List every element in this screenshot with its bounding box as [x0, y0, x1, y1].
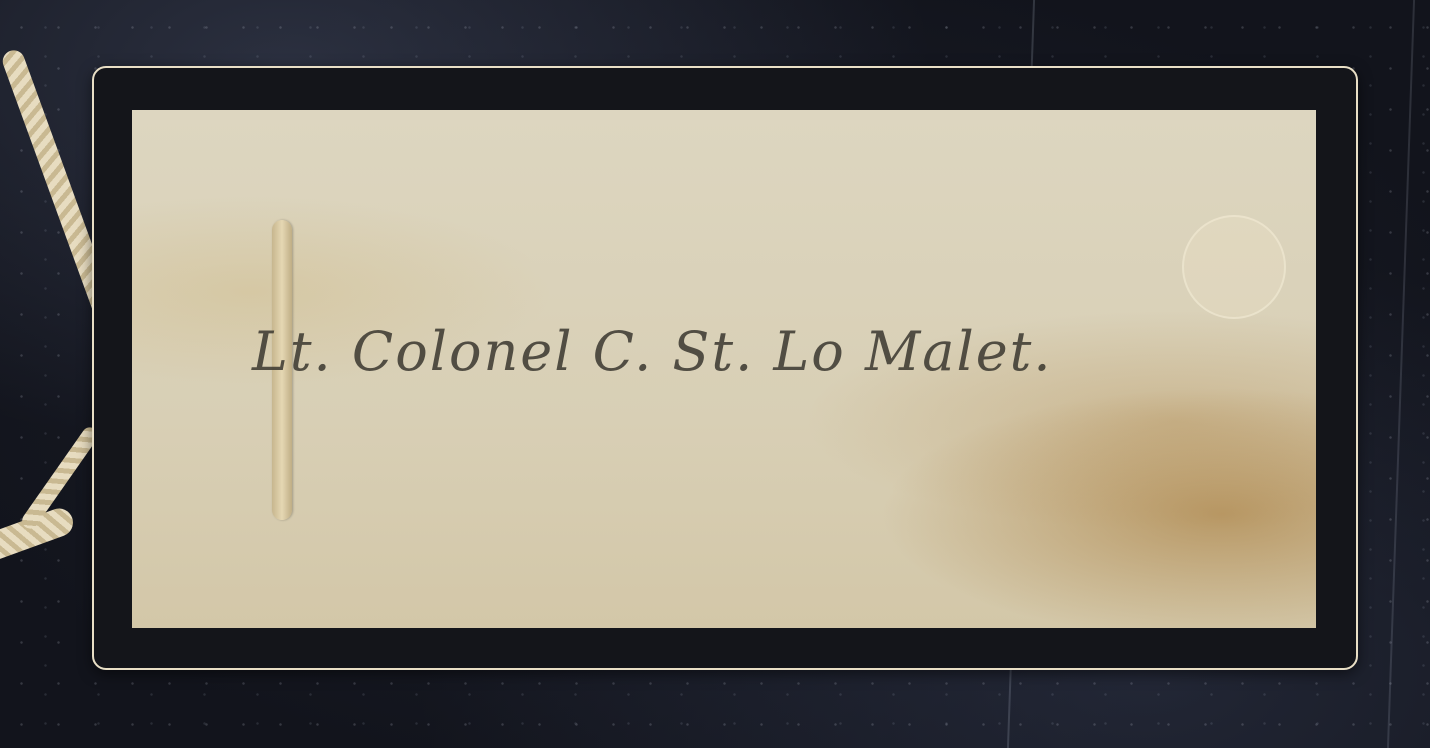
mourning-card: Lt. Colonel C. St. Lo Malet.: [92, 66, 1358, 670]
card-inscription: Lt. Colonel C. St. Lo Malet.: [252, 320, 1212, 383]
plastic-sleeve-edge-right: [1387, 0, 1415, 748]
card-paper-panel: Lt. Colonel C. St. Lo Malet.: [132, 110, 1316, 628]
circular-impression: [1182, 215, 1286, 319]
